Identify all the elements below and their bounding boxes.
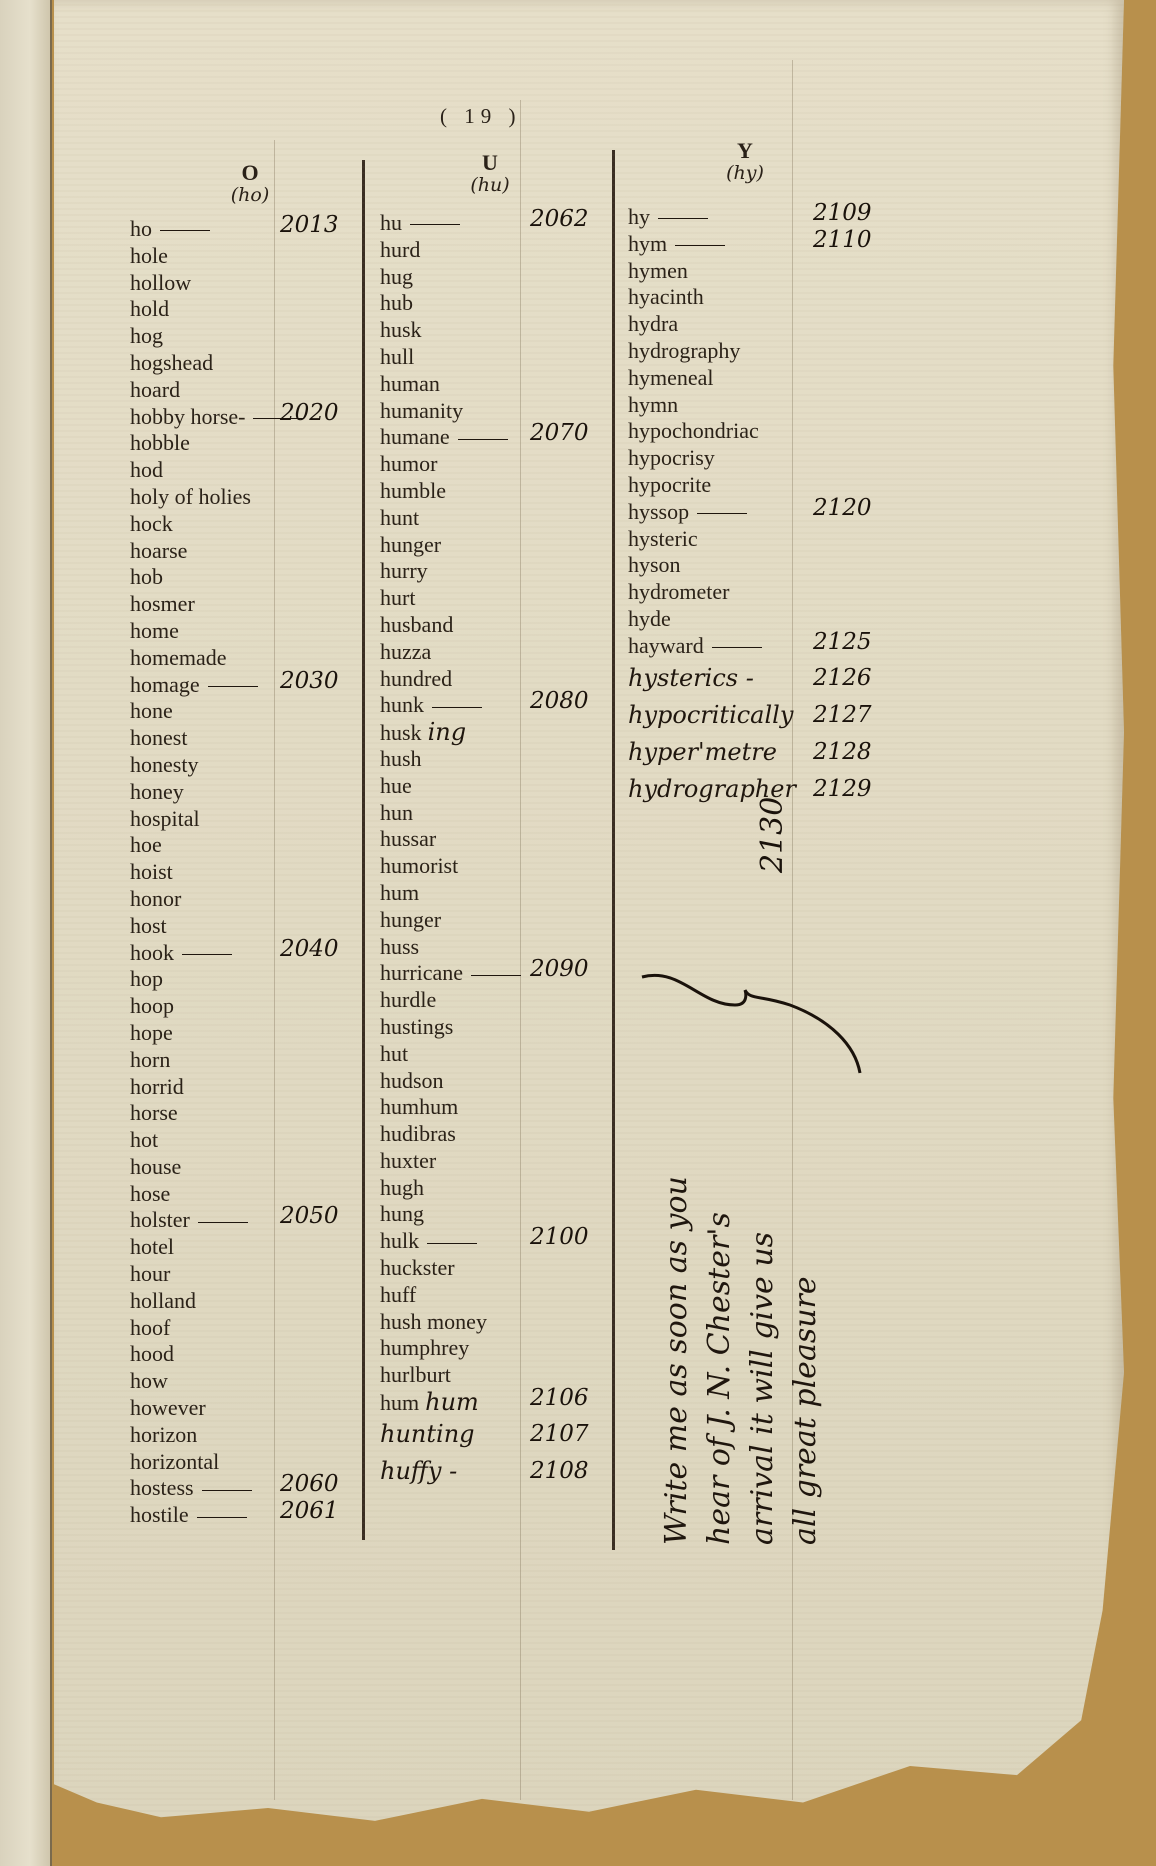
entry-word: hug [380, 264, 413, 289]
entry-word: huxter [380, 1148, 436, 1173]
entry-word: hub [380, 290, 413, 315]
entry-word: hose [130, 1181, 170, 1206]
entry-word: home [130, 618, 179, 643]
entry-word: holster [130, 1207, 190, 1232]
word-entry: hoe [130, 832, 380, 859]
word-entry: hypochondriac [628, 418, 928, 445]
entry-word: hulk [380, 1228, 419, 1253]
entry-word: hosmer [130, 591, 195, 616]
margin-note: Write me as soon as youhear of J. N. Che… [655, 925, 827, 1545]
word-entry: huckster [380, 1255, 630, 1282]
entry-word: hudibras [380, 1121, 456, 1146]
entry-word: hoop [130, 993, 174, 1018]
entry-word: hayward [628, 633, 704, 658]
entry-word: humphrey [380, 1335, 469, 1360]
word-entry: husband [380, 612, 630, 639]
entry-word: horn [130, 1047, 170, 1072]
entry-word: human [380, 371, 440, 396]
word-entry: hydra [628, 311, 928, 338]
word-entry: hugh [380, 1175, 630, 1202]
word-entry: hoard [130, 377, 380, 404]
column-subhead: (hy) [715, 162, 775, 184]
leader-line [427, 1243, 477, 1244]
word-entry: hurdle [380, 987, 630, 1014]
entry-word: hop [130, 966, 163, 991]
word-entry: horn [130, 1047, 380, 1074]
entry-word: hull [380, 344, 414, 369]
entry-word: humorist [380, 853, 458, 878]
entry-word: how [130, 1368, 168, 1393]
word-entry: holster2050 [130, 1207, 380, 1234]
entry-word: hot [130, 1127, 158, 1152]
word-entry: horizon [130, 1422, 380, 1449]
word-entry: hypocrite [628, 472, 928, 499]
entry-word: hock [130, 511, 173, 536]
entry-word: hobby horse- [130, 404, 245, 429]
word-entry: hotel [130, 1234, 380, 1261]
entry-word: horse [130, 1100, 178, 1125]
entry-word: hussar [380, 826, 436, 851]
entry-word: hydrography [628, 338, 740, 363]
leader-line [182, 954, 232, 955]
entry-number: 2080 [530, 688, 589, 715]
entry-word: humane [380, 424, 450, 449]
entry-number: 2108 [530, 1453, 589, 1490]
entry-word: hostile [130, 1502, 189, 1527]
entry-word: hunger [380, 907, 441, 932]
word-entry: hun [380, 800, 630, 827]
entry-word: hyssop [628, 499, 689, 524]
entry-word: hunt [380, 505, 419, 530]
leader-line [198, 1222, 248, 1223]
previous-page-edge [0, 0, 52, 1866]
word-entry: hayward2125 [628, 633, 928, 660]
word-entry: hock [130, 511, 380, 538]
word-entry: hold [130, 296, 380, 323]
word-entry: huss [380, 934, 630, 961]
entry-word: honor [130, 886, 181, 911]
entry-word: hoist [130, 859, 173, 884]
word-entry: hop [130, 966, 380, 993]
entry-word: hospital [130, 806, 200, 831]
entry-number: 2127 [813, 697, 872, 734]
leader-line [208, 686, 258, 687]
margin-note-line: all great pleasure [784, 925, 827, 1545]
word-entry: humphrey [380, 1335, 630, 1362]
entry-word: hob [130, 564, 163, 589]
word-entry: humor [380, 451, 630, 478]
entry-word: hotel [130, 1234, 174, 1259]
entry-word: hym [628, 231, 667, 256]
entry-word: hunger [380, 532, 441, 557]
leader-line [197, 1517, 247, 1518]
entry-word: hustings [380, 1014, 453, 1039]
entry-word: hu [380, 210, 402, 235]
entry-word: hun [380, 800, 413, 825]
word-entry: hyde [628, 606, 928, 633]
word-entry: holy of holies [130, 484, 380, 511]
word-entry: hussar [380, 826, 630, 853]
entry-word: hundred [380, 666, 452, 691]
entry-word: humanity [380, 398, 463, 423]
entry-word: ho [130, 216, 152, 241]
word-entry: humorist [380, 853, 630, 880]
entry-word: hysterics - [628, 664, 754, 692]
entry-number: 2106 [530, 1385, 589, 1412]
word-entry: hollow [130, 270, 380, 297]
entry-word: hugh [380, 1175, 424, 1200]
entry-word: honey [130, 779, 184, 804]
entry-word: huzza [380, 639, 431, 664]
word-entry: hyson [628, 552, 928, 579]
word-entry: hug [380, 264, 630, 291]
entry-word: honest [130, 725, 187, 750]
entry-word: hudson [380, 1068, 444, 1093]
entry-number: 2109 [813, 200, 872, 227]
word-entry: huxter [380, 1148, 630, 1175]
entry-word: host [130, 913, 167, 938]
word-entry: home [130, 618, 380, 645]
entry-word: hy [628, 204, 650, 229]
entry-word: hope [130, 1020, 173, 1045]
word-entry: husk [380, 317, 630, 344]
word-entry: hope [130, 1020, 380, 1047]
word-entry: hulk2100 [380, 1228, 630, 1255]
word-entry: hymn [628, 392, 928, 419]
column-subhead: (ho) [220, 184, 280, 206]
word-entry: hush money [380, 1309, 630, 1336]
column-subhead: (hu) [460, 174, 520, 196]
handwritten-entry: hyper'metre2128 [628, 734, 928, 771]
word-entry: hog [130, 323, 380, 350]
entry-word: hoard [130, 377, 180, 402]
entry-word: hymen [628, 258, 688, 283]
entry-word: hush [380, 746, 422, 771]
word-entry: hobby horse-2020 [130, 404, 380, 431]
margin-note-number: 2130 [755, 797, 790, 873]
entry-word: hyacinth [628, 284, 704, 309]
word-entry: hull [380, 344, 630, 371]
word-entry: hub [380, 290, 630, 317]
entry-word: horizontal [130, 1449, 219, 1474]
entry-word: hoof [130, 1315, 170, 1340]
word-entry: hose [130, 1181, 380, 1208]
entry-word: hunk [380, 692, 424, 717]
word-entry: hour [130, 1261, 380, 1288]
word-entry: hoarse [130, 538, 380, 565]
word-entry: hosmer [130, 591, 380, 618]
word-entry: human [380, 371, 630, 398]
leader-line [458, 439, 508, 440]
entry-word: hypocrite [628, 472, 711, 497]
entry-number: 2128 [813, 734, 872, 771]
word-entry: hunger [380, 532, 630, 559]
word-entry: hospital [130, 806, 380, 833]
leader-line [712, 647, 762, 648]
column-letter: U [460, 150, 520, 176]
word-entry: hurry [380, 558, 630, 585]
handwritten-entry: hypocritically2127 [628, 697, 928, 734]
word-entry: hogshead [130, 350, 380, 377]
entry-word: huff [380, 1282, 416, 1307]
entry-word: hydra [628, 311, 678, 336]
word-entry: humhum [380, 1094, 630, 1121]
word-entry: hut [380, 1041, 630, 1068]
leader-line [410, 224, 460, 225]
entry-word: hut [380, 1041, 408, 1066]
word-entry: honesty [130, 752, 380, 779]
word-entry: hook2040 [130, 940, 380, 967]
word-entry: how [130, 1368, 380, 1395]
word-entry: humane2070 [380, 424, 630, 451]
word-entry: hudibras [380, 1121, 630, 1148]
handwritten-entry: huffy -2108 [380, 1453, 630, 1490]
entry-word: hostess [130, 1475, 194, 1500]
entry-word: hymn [628, 392, 678, 417]
leader-line [432, 707, 482, 708]
page-number: ( 19 ) [440, 104, 522, 129]
entry-word: hobble [130, 430, 190, 455]
word-entry: holland [130, 1288, 380, 1315]
leader-line [202, 1490, 252, 1491]
entry-word: hour [130, 1261, 170, 1286]
word-entry: horrid [130, 1074, 380, 1101]
word-column-o: ho2013holehollowholdhoghogsheadhoardhobb… [130, 216, 380, 1529]
word-entry: hunt [380, 505, 630, 532]
entry-word: hoarse [130, 538, 187, 563]
entry-word: hurt [380, 585, 415, 610]
entry-word: humor [380, 451, 437, 476]
entry-word: humhum [380, 1094, 458, 1119]
word-entry: hustings [380, 1014, 630, 1041]
word-entry: however [130, 1395, 380, 1422]
entry-number: 2129 [813, 771, 872, 808]
leader-line [471, 975, 521, 976]
entry-word: hypocritically [628, 701, 793, 729]
word-entry: hudson [380, 1068, 630, 1095]
word-entry: hunger [380, 907, 630, 934]
word-entry: hostess2060 [130, 1475, 380, 1502]
word-entry: hymeneal [628, 365, 928, 392]
entry-word: hypocrisy [628, 445, 715, 470]
entry-number: 2061 [280, 1498, 339, 1525]
entry-word: hung [380, 1201, 424, 1226]
entry-number: 2110 [813, 227, 872, 254]
word-entry: homemade [130, 645, 380, 672]
entry-number: 2125 [813, 629, 872, 656]
entry-number: 2062 [530, 206, 589, 233]
column-header-u: U (hu) [460, 150, 520, 196]
handwritten-suffix: hum [425, 1388, 479, 1416]
word-entry: hurd [380, 237, 630, 264]
word-entry: hush [380, 746, 630, 773]
entry-word: hurd [380, 237, 420, 262]
entry-word: horizon [130, 1422, 197, 1447]
entry-word: hogshead [130, 350, 213, 375]
entry-number: 2126 [813, 660, 872, 697]
entry-word: hole [130, 243, 168, 268]
word-entry: hyssop2120 [628, 499, 928, 526]
word-entry: hoof [130, 1315, 380, 1342]
entry-word: hum [380, 880, 419, 905]
entry-number: 2020 [280, 400, 339, 427]
word-entry: humhum2106 [380, 1389, 630, 1416]
column-letter: O [220, 160, 280, 186]
word-entry: honor [130, 886, 380, 913]
word-entry: humble [380, 478, 630, 505]
entry-word: hysteric [628, 526, 698, 551]
entry-number: 2100 [530, 1224, 589, 1251]
word-entry: hoop [130, 993, 380, 1020]
leader-line [160, 230, 210, 231]
handwritten-entry: hysterics -2126 [628, 660, 928, 697]
entry-word: husk [380, 720, 422, 745]
entry-word: house [130, 1154, 181, 1179]
word-entry: hydrography [628, 338, 928, 365]
column-header-y: Y (hy) [715, 138, 775, 184]
word-entry: hydrometer [628, 579, 928, 606]
entry-word: hurdle [380, 987, 436, 1012]
entry-word: hollow [130, 270, 191, 295]
entry-word: hymeneal [628, 365, 714, 390]
word-entry: horse [130, 1100, 380, 1127]
margin-note-line: arrival it will give us [741, 925, 784, 1545]
margin-note-line: Write me as soon as you [655, 925, 698, 1545]
word-entry: horizontal [130, 1449, 380, 1476]
word-entry: hung [380, 1201, 630, 1228]
entry-word: hyson [628, 552, 681, 577]
entry-word: hush money [380, 1309, 487, 1334]
word-entry: ho2013 [130, 216, 380, 243]
word-entry: hunk2080 [380, 692, 630, 719]
entry-number: 2050 [280, 1203, 339, 1230]
word-entry: hu2062 [380, 210, 630, 237]
word-entry: hone [130, 698, 380, 725]
word-entry: hurricane2090 [380, 960, 630, 987]
entry-word: holy of holies [130, 484, 251, 509]
word-entry: hurlburt [380, 1362, 630, 1389]
word-entry: hymen [628, 258, 928, 285]
word-entry: husking [380, 719, 630, 746]
word-entry: hole [130, 243, 380, 270]
word-entry: humanity [380, 398, 630, 425]
word-entry: host [130, 913, 380, 940]
word-entry: hob [130, 564, 380, 591]
column-header-o: O (ho) [220, 160, 280, 206]
entry-word: hook [130, 940, 174, 965]
word-column-u: hu2062hurdhughubhuskhullhumanhumanityhum… [380, 210, 630, 1490]
entry-number: 2107 [530, 1416, 589, 1453]
entry-word: hold [130, 296, 169, 321]
word-entry: hobble [130, 430, 380, 457]
entry-number: 2013 [280, 212, 339, 239]
word-entry: honey [130, 779, 380, 806]
entry-word: hog [130, 323, 163, 348]
word-column-y: hy2109hym2110hymenhyacinthhydrahydrograp… [628, 204, 928, 808]
word-entry: hue [380, 773, 630, 800]
word-entry: hood [130, 1341, 380, 1368]
entry-word: huffy - [380, 1457, 457, 1485]
leader-line [658, 218, 708, 219]
word-entry: hostile2061 [130, 1502, 380, 1529]
word-entry: hyacinth [628, 284, 928, 311]
entry-word: hood [130, 1341, 174, 1366]
entry-word: however [130, 1395, 206, 1420]
word-entry: hoist [130, 859, 380, 886]
leader-line [697, 513, 747, 514]
handwritten-entry: hunting2107 [380, 1416, 630, 1453]
word-entry: hym2110 [628, 231, 928, 258]
entry-number: 2030 [280, 668, 339, 695]
word-entry: hurt [380, 585, 630, 612]
entry-word: hyper'metre [628, 738, 777, 766]
word-entry: hysteric [628, 526, 928, 553]
entry-word: huss [380, 934, 419, 959]
entry-word: hyde [628, 606, 671, 631]
word-entry: hot [130, 1127, 380, 1154]
word-entry: homage2030 [130, 672, 380, 699]
entry-number: 2120 [813, 495, 872, 522]
entry-word: honesty [130, 752, 198, 777]
word-entry: house [130, 1154, 380, 1181]
word-entry: hy2109 [628, 204, 928, 231]
entry-word: hone [130, 698, 173, 723]
word-entry: huzza [380, 639, 630, 666]
handwritten-suffix: ing [428, 718, 467, 746]
word-entry: hum [380, 880, 630, 907]
entry-word: huckster [380, 1255, 455, 1280]
word-entry: hypocrisy [628, 445, 928, 472]
entry-word: hydrometer [628, 579, 729, 604]
entry-word: homemade [130, 645, 227, 670]
entry-number: 2090 [530, 956, 589, 983]
margin-note-line: hear of J. N. Chester's [698, 925, 741, 1545]
entry-word: hurlburt [380, 1362, 451, 1387]
entry-number: 2060 [280, 1471, 339, 1498]
word-entry: huff [380, 1282, 630, 1309]
entry-word: horrid [130, 1074, 184, 1099]
word-entry: hundred [380, 666, 630, 693]
column-letter: Y [715, 138, 775, 164]
entry-word: hypochondriac [628, 418, 759, 443]
entry-word: hue [380, 773, 412, 798]
entry-word: hum [380, 1390, 419, 1415]
entry-word: hod [130, 457, 163, 482]
entry-word: humble [380, 478, 446, 503]
entry-word: homage [130, 672, 200, 697]
entry-word: holland [130, 1288, 196, 1313]
leader-line [675, 245, 725, 246]
word-entry: hod [130, 457, 380, 484]
entry-number: 2070 [530, 420, 589, 447]
entry-word: husk [380, 317, 422, 342]
word-entry: honest [130, 725, 380, 752]
entry-word: hurricane [380, 960, 463, 985]
entry-word: husband [380, 612, 453, 637]
entry-word: hunting [380, 1420, 475, 1448]
entry-number: 2040 [280, 936, 339, 963]
entry-word: hoe [130, 832, 162, 857]
entry-word: hurry [380, 558, 428, 583]
